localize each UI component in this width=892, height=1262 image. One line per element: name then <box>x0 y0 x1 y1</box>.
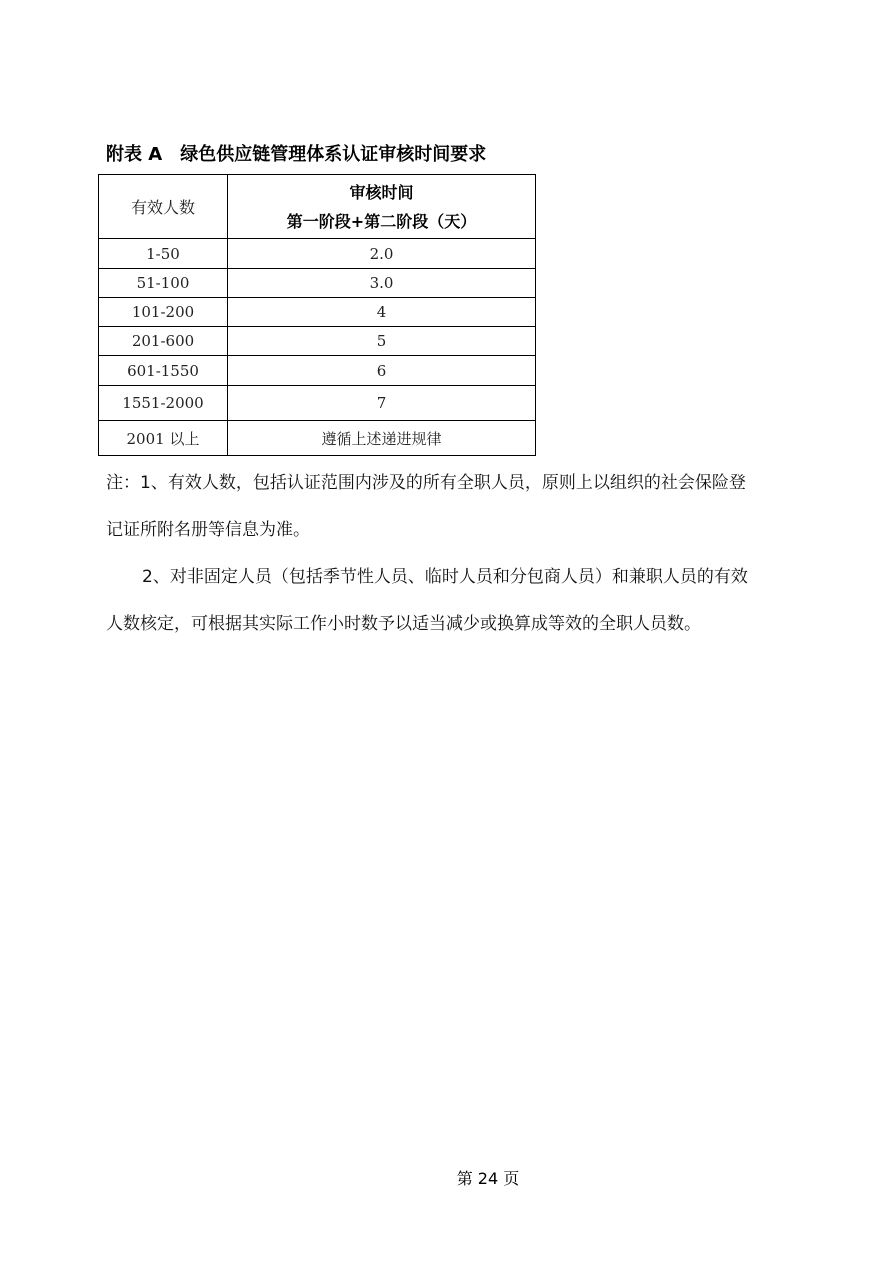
table-row: 2001 以上 遵循上述递进规律 <box>99 421 536 456</box>
cell-headcount: 101-200 <box>99 298 228 327</box>
header-audit-time-line1: 审核时间 <box>228 178 535 207</box>
cell-headcount: 1-50 <box>99 239 228 269</box>
table-row: 1-50 2.0 <box>99 239 536 269</box>
table-row: 101-200 4 <box>99 298 536 327</box>
cell-days: 4 <box>228 298 536 327</box>
table-row: 1551-2000 7 <box>99 386 536 421</box>
table-header-row: 有效人数 审核时间 第一阶段+第二阶段（天） <box>99 175 536 239</box>
header-audit-time-line2: 第一阶段+第二阶段（天） <box>228 207 535 236</box>
cell-days: 6 <box>228 356 536 386</box>
cell-headcount: 201-600 <box>99 327 228 356</box>
note-2-line-1: 2、对非固定人员（包括季节性人员、临时人员和分包商人员）和兼职人员的有效 <box>142 562 748 587</box>
page-number: 第 24 页 <box>457 1166 520 1189</box>
audit-time-table: 有效人数 审核时间 第一阶段+第二阶段（天） 1-50 2.0 51-100 3… <box>98 174 536 456</box>
cell-days: 遵循上述递进规律 <box>228 421 536 456</box>
cell-headcount: 51-100 <box>99 269 228 298</box>
note-1-line-2: 记证所附名册等信息为准。 <box>106 515 310 540</box>
table-title: 附表 A绿色供应链管理体系认证审核时间要求 <box>106 140 486 166</box>
table-row: 201-600 5 <box>99 327 536 356</box>
note-1-line-1: 注：1、有效人数，包括认证范围内涉及的所有全职人员，原则上以组织的社会保险登 <box>106 468 746 493</box>
note-2-line-2: 人数核定，可根据其实际工作小时数予以适当减少或换算成等效的全职人员数。 <box>106 609 701 634</box>
header-audit-time: 审核时间 第一阶段+第二阶段（天） <box>228 175 536 239</box>
cell-days: 7 <box>228 386 536 421</box>
cell-headcount: 2001 以上 <box>99 421 228 456</box>
table-row: 601-1550 6 <box>99 356 536 386</box>
page-footer: 第 24 页 <box>0 1166 892 1189</box>
header-headcount: 有效人数 <box>99 175 228 239</box>
cell-days: 3.0 <box>228 269 536 298</box>
cell-days: 5 <box>228 327 536 356</box>
table-row: 51-100 3.0 <box>99 269 536 298</box>
cell-headcount: 601-1550 <box>99 356 228 386</box>
cell-headcount: 1551-2000 <box>99 386 228 421</box>
table-title-label: 附表 A <box>106 144 162 165</box>
cell-days: 2.0 <box>228 239 536 269</box>
table-title-text: 绿色供应链管理体系认证审核时间要求 <box>180 144 486 165</box>
